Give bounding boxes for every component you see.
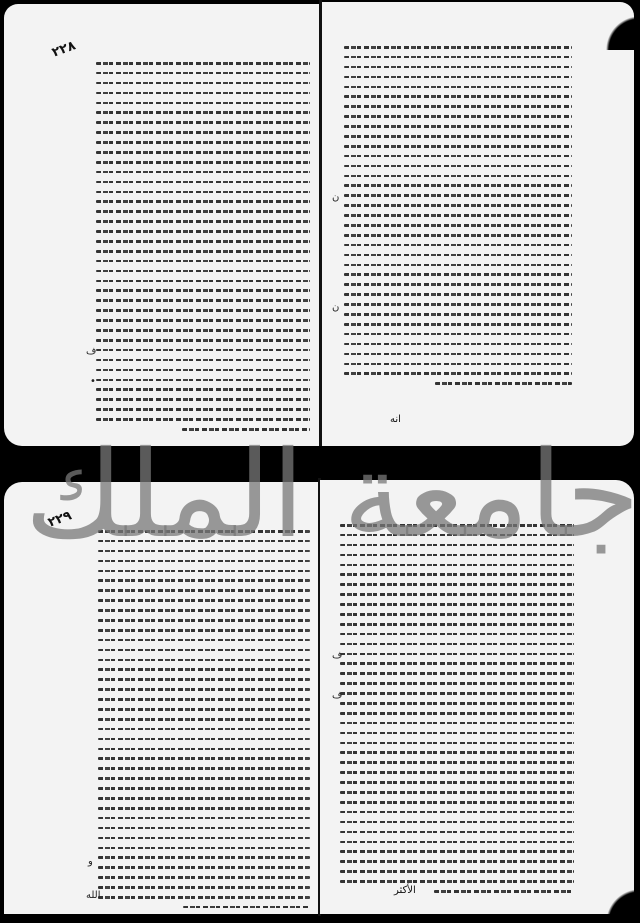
text-line — [340, 712, 574, 715]
text-line — [98, 748, 310, 751]
text-line — [98, 629, 310, 632]
text-line — [435, 382, 572, 385]
margin-note: ف — [86, 346, 96, 357]
text-line — [182, 428, 310, 431]
margin-note: ن — [332, 302, 339, 313]
top-spread: ٢٢٨ ف • ن ن انه — [0, 0, 640, 454]
text-line — [344, 323, 572, 326]
text-line — [340, 554, 574, 557]
margin-note: ف — [332, 690, 342, 701]
text-line — [344, 372, 572, 375]
text-line — [98, 678, 310, 681]
text-line — [98, 827, 310, 830]
text-line — [344, 184, 572, 187]
text-line — [98, 728, 310, 731]
text-line — [98, 589, 310, 592]
text-line — [96, 191, 310, 194]
scan-shadow — [600, 883, 640, 923]
text-line — [98, 639, 310, 642]
text-line — [344, 175, 572, 178]
text-line — [344, 214, 572, 217]
text-line — [344, 95, 572, 98]
text-line — [96, 280, 310, 283]
text-line — [340, 623, 574, 626]
text-line — [98, 579, 310, 582]
text-line — [96, 230, 310, 233]
text-line — [344, 353, 572, 356]
manuscript-text — [98, 530, 310, 914]
text-line — [340, 791, 574, 794]
text-line — [344, 86, 572, 89]
text-line — [98, 787, 310, 790]
text-line — [96, 250, 310, 253]
text-line — [340, 751, 574, 754]
text-line — [344, 333, 572, 336]
text-line — [340, 662, 574, 665]
text-line — [96, 408, 310, 411]
text-line — [344, 343, 572, 346]
text-line — [340, 573, 574, 576]
text-line — [340, 870, 574, 873]
text-line — [96, 299, 310, 302]
text-line — [96, 240, 310, 243]
text-line — [344, 194, 572, 197]
text-line — [98, 837, 310, 840]
text-line — [344, 56, 572, 59]
text-line — [340, 722, 574, 725]
page-229: ٢٢٩ و الله — [4, 482, 320, 914]
page-228: ٢٢٨ ف • — [4, 4, 322, 446]
text-line — [434, 890, 574, 893]
text-line — [98, 738, 310, 741]
text-line — [340, 633, 574, 636]
text-line — [98, 856, 310, 859]
text-line — [98, 718, 310, 721]
text-line — [96, 329, 310, 332]
text-line — [98, 530, 310, 533]
text-line — [96, 418, 310, 421]
text-line — [344, 254, 572, 257]
text-line — [344, 264, 572, 267]
text-line — [340, 732, 574, 735]
text-line — [98, 560, 310, 563]
text-line — [340, 841, 574, 844]
manuscript-text — [96, 62, 310, 438]
scan-shadow — [600, 10, 640, 50]
text-line — [344, 76, 572, 79]
text-line — [96, 181, 310, 184]
margin-note: الله — [86, 890, 101, 901]
text-line — [96, 379, 310, 382]
text-line — [96, 359, 310, 362]
text-line — [98, 866, 310, 869]
text-line — [96, 141, 310, 144]
text-line — [340, 643, 574, 646]
text-line — [344, 303, 572, 306]
text-line — [98, 659, 310, 662]
text-line — [98, 767, 310, 770]
text-line — [96, 92, 310, 95]
text-line — [344, 155, 572, 158]
text-line — [340, 682, 574, 685]
text-line — [98, 797, 310, 800]
text-line — [344, 145, 572, 148]
text-line — [96, 349, 310, 352]
text-line — [340, 860, 574, 863]
text-line — [96, 121, 310, 124]
text-line — [340, 534, 574, 537]
text-line — [340, 672, 574, 675]
text-line — [340, 692, 574, 695]
text-line — [96, 339, 310, 342]
manuscript-text — [344, 46, 572, 392]
margin-note: ف — [332, 650, 342, 661]
text-line — [344, 244, 572, 247]
text-line — [344, 135, 572, 138]
text-line — [96, 309, 310, 312]
text-line — [344, 125, 572, 128]
text-line — [340, 880, 574, 883]
margin-note: و — [88, 856, 93, 867]
text-line — [96, 319, 310, 322]
text-line — [340, 603, 574, 606]
text-line — [98, 876, 310, 879]
text-line — [340, 821, 574, 824]
folio-number: ٢٢٨ — [50, 38, 78, 60]
margin-note: ن — [332, 192, 339, 203]
text-line — [340, 524, 574, 527]
manuscript-text — [340, 524, 574, 900]
text-line — [344, 105, 572, 108]
text-line — [344, 283, 572, 286]
text-line — [98, 698, 310, 701]
text-line — [98, 688, 310, 691]
text-line — [344, 234, 572, 237]
text-line — [98, 649, 310, 652]
text-line — [344, 204, 572, 207]
text-line — [98, 570, 310, 573]
text-line — [344, 165, 572, 168]
catchword: انه — [390, 414, 401, 425]
text-line — [340, 564, 574, 567]
text-line — [340, 593, 574, 596]
text-line — [340, 771, 574, 774]
text-line — [98, 886, 310, 889]
text-line — [96, 260, 310, 263]
text-line — [340, 850, 574, 853]
text-line — [98, 757, 310, 760]
text-line — [344, 273, 572, 276]
text-line — [98, 609, 310, 612]
text-line — [344, 66, 572, 69]
text-line — [98, 619, 310, 622]
text-line — [98, 847, 310, 850]
scan-separator — [0, 454, 640, 478]
page-right-bottom: ف ف الأكثر — [320, 480, 634, 914]
text-line — [96, 210, 310, 213]
text-line — [96, 151, 310, 154]
text-line — [96, 82, 310, 85]
text-line — [96, 131, 310, 134]
text-line — [98, 550, 310, 553]
text-line — [340, 781, 574, 784]
text-line — [340, 761, 574, 764]
page-right-top: ن ن انه — [322, 2, 634, 446]
text-line — [98, 708, 310, 711]
text-line — [340, 544, 574, 547]
text-line — [96, 270, 310, 273]
text-line — [96, 398, 310, 401]
text-line — [344, 224, 572, 227]
text-line — [340, 653, 574, 656]
text-line — [98, 540, 310, 543]
text-line — [344, 313, 572, 316]
text-line — [96, 200, 310, 203]
text-line — [96, 220, 310, 223]
text-line — [340, 613, 574, 616]
text-line — [96, 111, 310, 114]
catchword: الأكثر — [394, 885, 416, 896]
text-line — [98, 599, 310, 602]
text-line — [98, 777, 310, 780]
text-line — [340, 801, 574, 804]
text-line — [98, 668, 310, 671]
text-line — [96, 369, 310, 372]
text-line — [98, 817, 310, 820]
text-line — [340, 583, 574, 586]
text-line — [96, 388, 310, 391]
text-line — [96, 171, 310, 174]
text-line — [340, 831, 574, 834]
text-line — [96, 289, 310, 292]
bottom-spread: ٢٢٩ و الله ف ف الأكثر — [0, 478, 640, 923]
text-line — [340, 811, 574, 814]
text-line — [96, 62, 310, 65]
text-line — [340, 742, 574, 745]
text-line — [340, 702, 574, 705]
text-line — [98, 896, 310, 899]
margin-note: • — [90, 376, 96, 387]
folio-number: ٢٢٩ — [46, 508, 74, 530]
text-line — [98, 807, 310, 810]
text-line — [344, 293, 572, 296]
text-line — [183, 906, 310, 909]
text-line — [344, 115, 572, 118]
text-line — [344, 46, 572, 49]
text-line — [96, 161, 310, 164]
text-line — [344, 363, 572, 366]
text-line — [96, 102, 310, 105]
text-line — [96, 72, 310, 75]
